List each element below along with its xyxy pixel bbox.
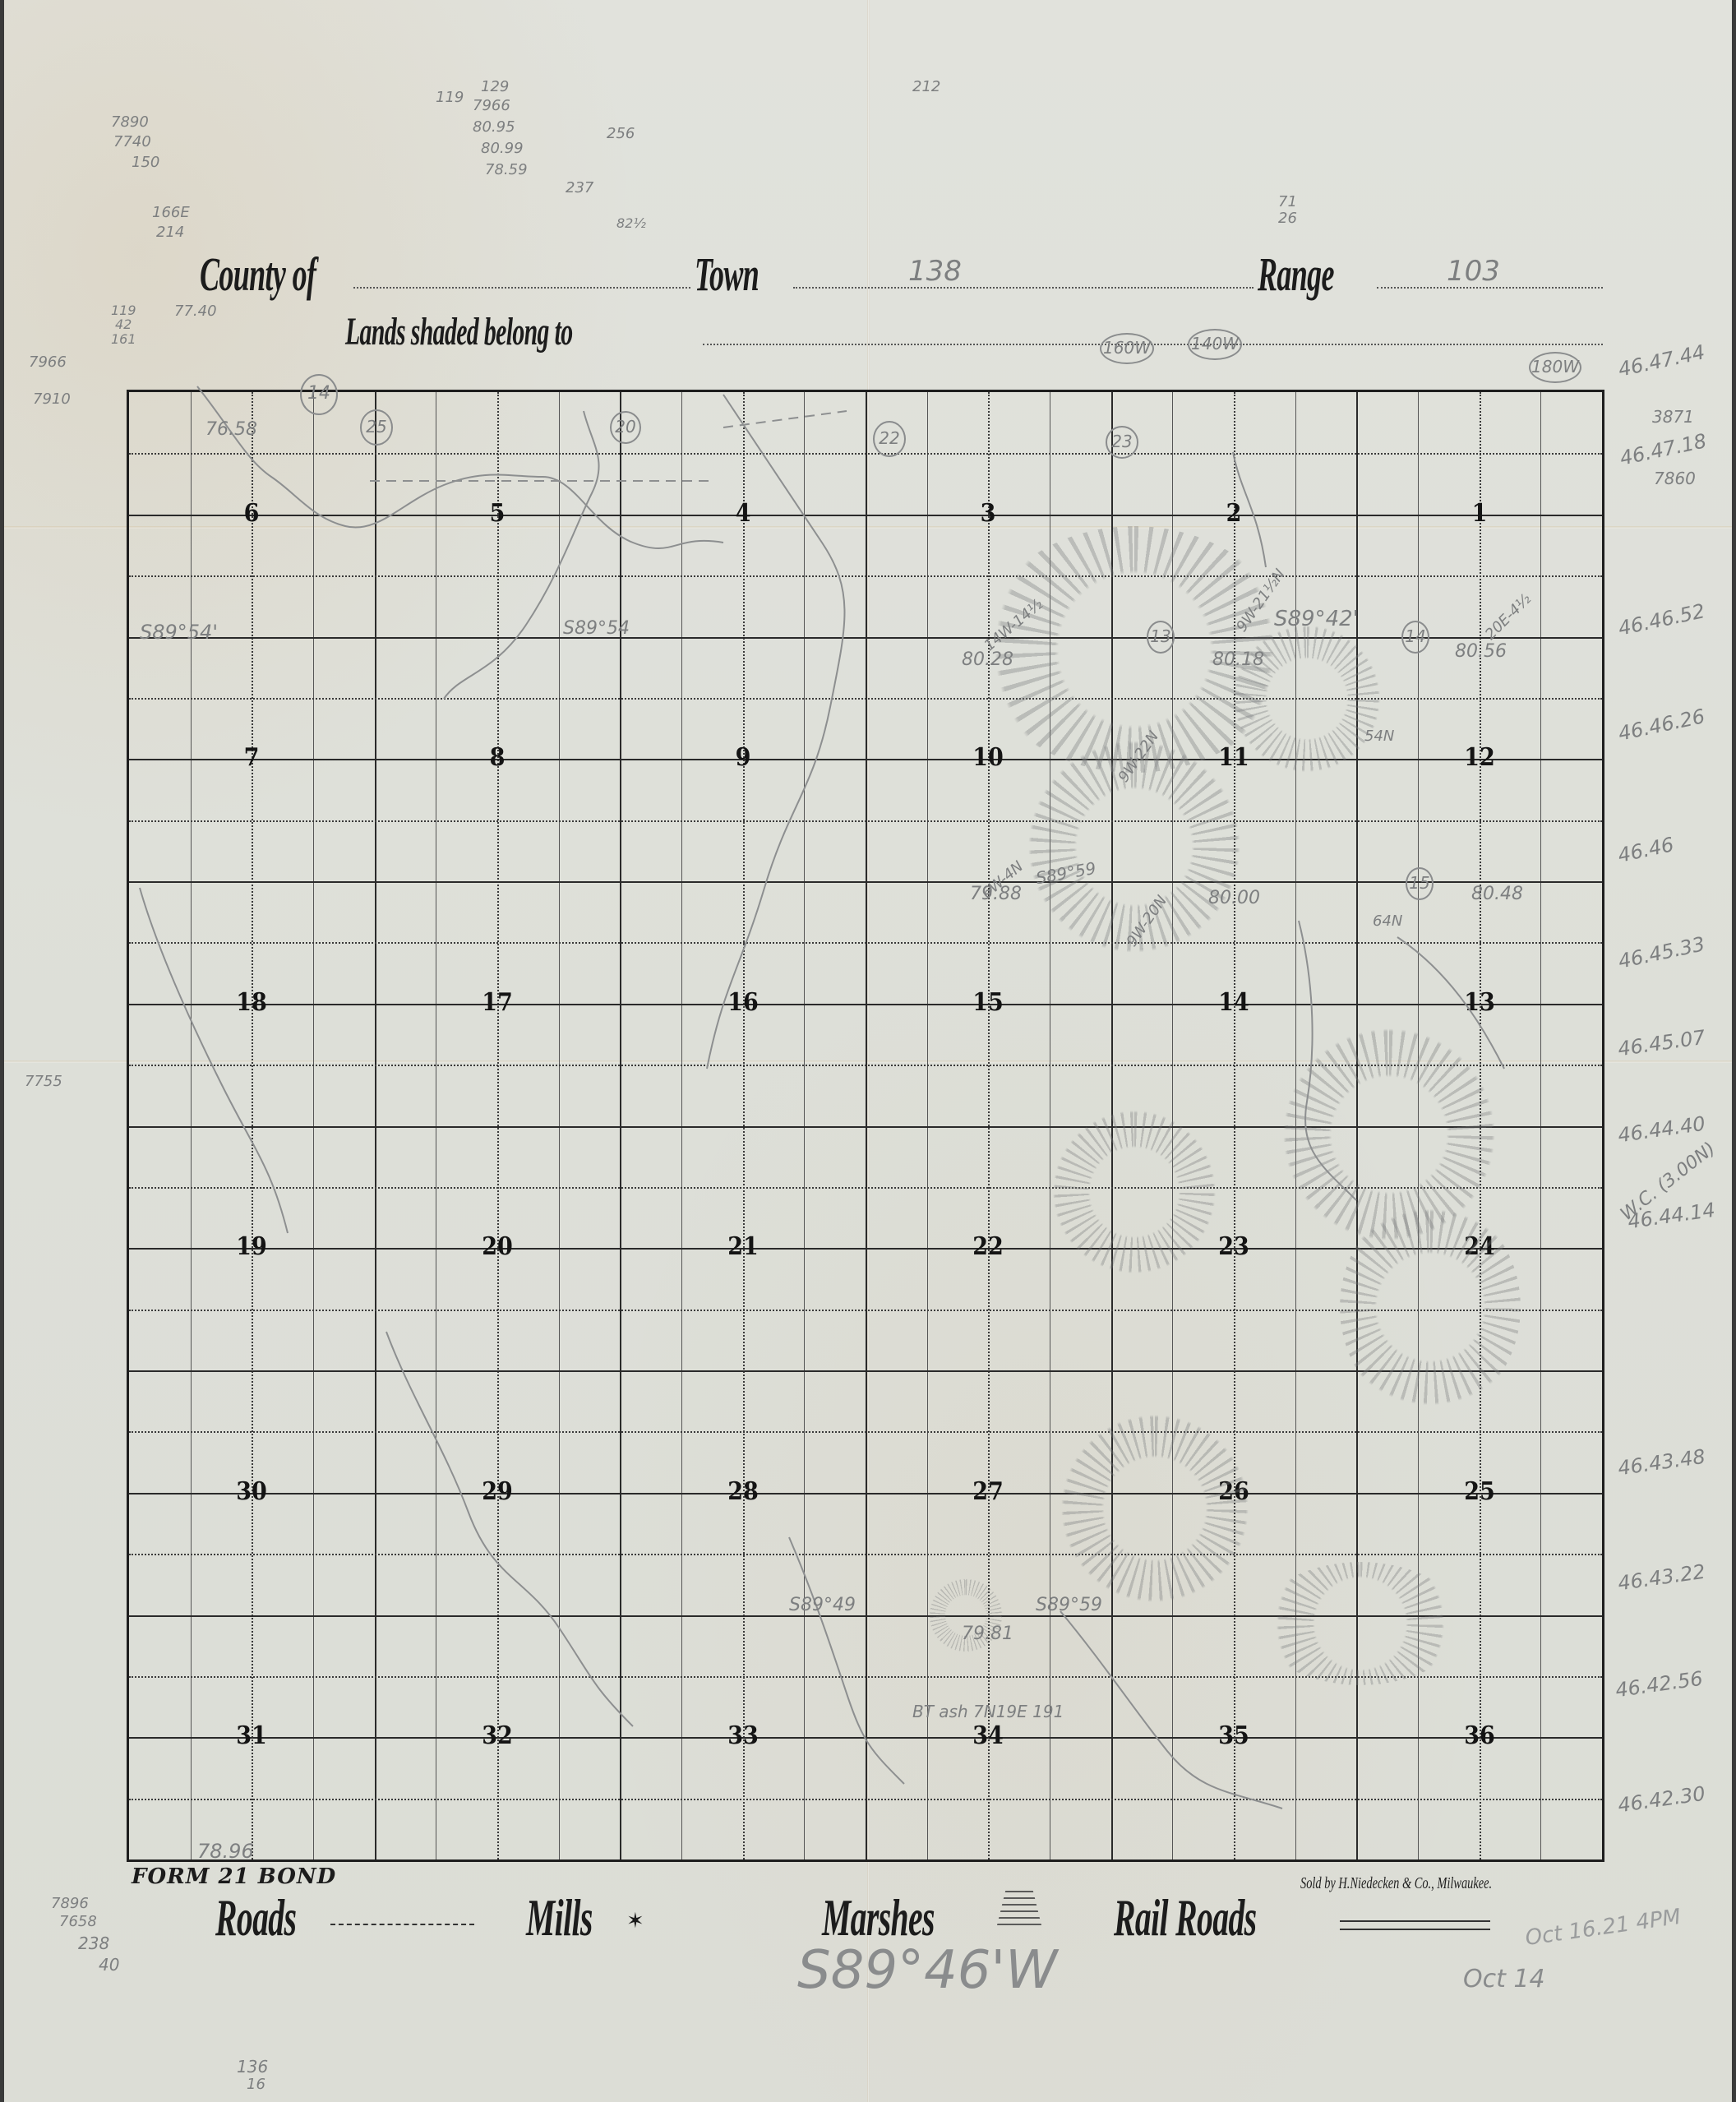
circled-mark: 14 bbox=[1401, 621, 1429, 654]
grid-note: S89°59 bbox=[1036, 1595, 1102, 1615]
top-note: 26 bbox=[1278, 210, 1297, 227]
top-note: 82½ bbox=[616, 215, 646, 231]
grid-note: 80.48 bbox=[1471, 884, 1523, 904]
grid-note: 78.96 bbox=[197, 1840, 254, 1863]
margin-note: 238 bbox=[78, 1933, 109, 1953]
grid-note: S89°42' bbox=[1274, 607, 1359, 631]
bottom-note: 16 bbox=[247, 2076, 265, 2093]
margin-note: 7910 bbox=[33, 390, 71, 408]
legend-railroads-symbol bbox=[1340, 1920, 1490, 1930]
margin-note: 42 bbox=[115, 316, 132, 332]
margin-note: 7658 bbox=[59, 1913, 97, 1930]
margin-note: 214 bbox=[156, 224, 184, 241]
circled-mark: 160W bbox=[1100, 333, 1154, 364]
margin-note: 77.40 bbox=[174, 303, 217, 320]
legend-roads-label: Roads bbox=[215, 1887, 296, 1948]
top-note: 119 bbox=[436, 89, 464, 106]
top-note: 71 bbox=[1278, 193, 1297, 210]
grid-note: BT ash 7N19E 191 bbox=[912, 1702, 1064, 1721]
grid-note: S89°49 bbox=[789, 1595, 856, 1615]
margin-note: 7890 bbox=[111, 113, 149, 131]
legend-railroads-label: Rail Roads bbox=[1114, 1887, 1257, 1948]
grid-note: 54N bbox=[1364, 728, 1394, 745]
margin-note: 7896 bbox=[51, 1895, 89, 1912]
margin-note: 7966 bbox=[29, 353, 67, 371]
circled-mark: 180W bbox=[1529, 352, 1581, 383]
margin-note: 7740 bbox=[113, 133, 151, 150]
top-note: 256 bbox=[607, 125, 635, 142]
mill-star-icon: ✶ bbox=[626, 1909, 644, 1933]
top-note: 7966 bbox=[473, 97, 510, 114]
grid-note: 79.81 bbox=[962, 1624, 1013, 1644]
grid-note: 80.18 bbox=[1212, 649, 1264, 670]
grid-note: S89°54' bbox=[140, 621, 218, 644]
top-note: 78.59 bbox=[485, 161, 528, 178]
circled-mark: 140W bbox=[1188, 329, 1242, 360]
circled-mark: 25 bbox=[360, 409, 393, 446]
top-note: 237 bbox=[566, 179, 593, 196]
margin-note: 161 bbox=[111, 331, 136, 347]
circled-mark: 15 bbox=[1406, 867, 1434, 900]
grid-note: 80.00 bbox=[1208, 888, 1260, 908]
circled-mark: 20 bbox=[610, 411, 641, 444]
grid-note: 80.28 bbox=[962, 649, 1013, 670]
circled-mark: 23 bbox=[1106, 426, 1138, 459]
top-note: 80.95 bbox=[473, 118, 515, 136]
grid-note: 76.58 bbox=[205, 419, 257, 440]
form-number-label: FORM 21 BOND bbox=[132, 1864, 336, 1889]
top-note: 212 bbox=[912, 78, 940, 95]
legend-marshes-label: Marshes bbox=[822, 1887, 935, 1948]
publisher-credit: Sold by H.Niedecken & Co., Milwaukee. bbox=[1300, 1874, 1492, 1893]
margin-note: 150 bbox=[132, 154, 159, 171]
bottom-note: 136 bbox=[237, 2057, 268, 2077]
grid-note: 64N bbox=[1373, 912, 1402, 930]
circled-mark: 13 bbox=[1147, 621, 1175, 654]
margin-note: 166E bbox=[152, 204, 190, 221]
circled-mark: 14 bbox=[300, 374, 338, 415]
bottom-note-date: Oct 14 bbox=[1463, 1965, 1545, 1993]
pencil-streams-sketch bbox=[0, 0, 1736, 2102]
legend-roads-symbol bbox=[330, 1924, 474, 1925]
margin-note: 7860 bbox=[1654, 469, 1696, 488]
margin-note: 40 bbox=[99, 1955, 119, 1975]
grid-note: S89°54 bbox=[563, 618, 630, 639]
top-note: 129 bbox=[481, 78, 509, 95]
legend-mills-label: Mills bbox=[526, 1887, 593, 1948]
bottom-note-bearing: S89°46'W bbox=[797, 1940, 1057, 2001]
margin-note: 7755 bbox=[25, 1073, 62, 1090]
top-note: 80.99 bbox=[481, 140, 524, 157]
grid-note: 80.56 bbox=[1455, 641, 1507, 662]
circled-mark: 22 bbox=[873, 421, 906, 457]
margin-note: 3871 bbox=[1652, 407, 1694, 427]
